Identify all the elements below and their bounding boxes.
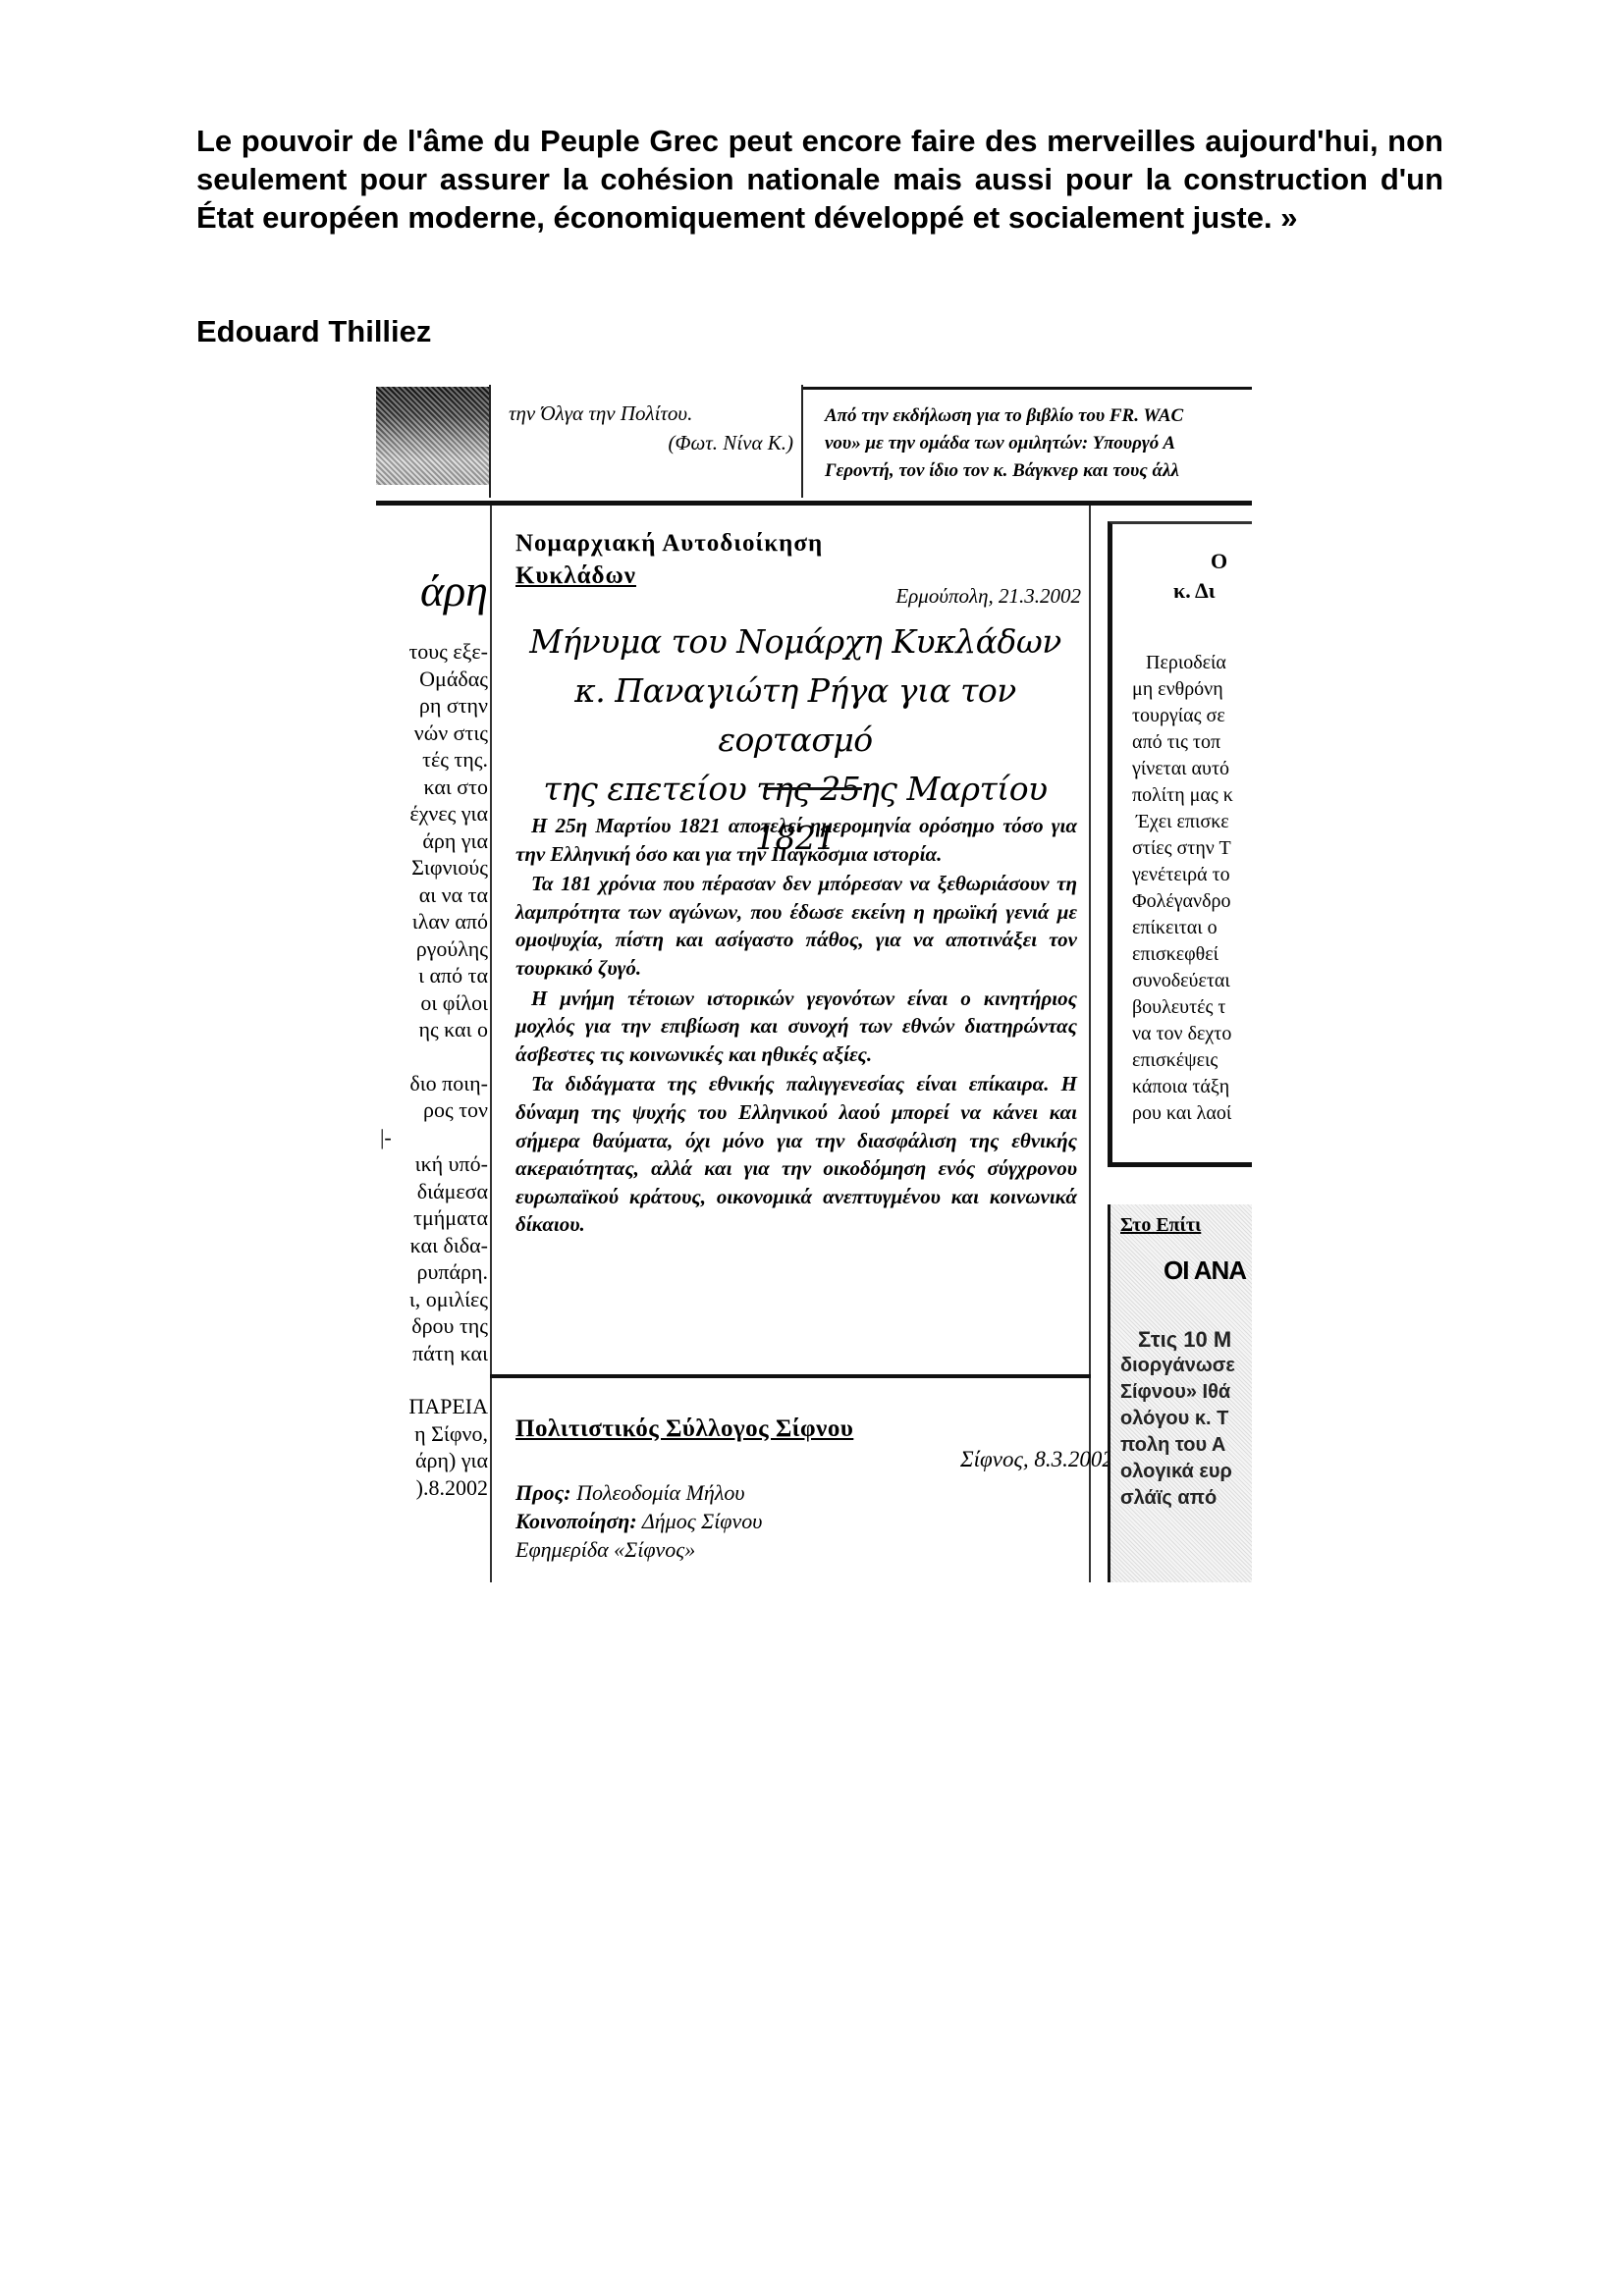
caption-line: Από την εκδήλωση για το βιβλίο του FR. W… <box>825 402 1252 430</box>
newspaper-clipping: την Όλγα την Πολίτου. (Φωτ. Νίνα Κ.) Από… <box>376 385 1252 1582</box>
text-line: νών στις <box>376 720 488 747</box>
text-line: βουλευτές τ <box>1132 994 1233 1021</box>
photo-credit: (Φωτ. Νίνα Κ.) <box>509 428 793 457</box>
text-line: Στις 10 Μ <box>1120 1326 1235 1353</box>
article-paragraph: Τα 181 χρόνια που πέρασαν δεν μπόρεσαν ν… <box>515 870 1077 982</box>
text-line: διάμεσα <box>376 1178 488 1205</box>
text-line: Ομάδας <box>376 666 488 693</box>
text-line: επίκειται ο <box>1132 915 1233 941</box>
text-line: κάποια τάξη <box>1132 1074 1233 1100</box>
letter-organization: Πολιτιστικός Σύλλογος Σίφνου <box>515 1415 853 1443</box>
text-line: Σιφνιούς <box>376 854 488 881</box>
text-line: και στο <box>376 774 488 801</box>
right-box-text: Περιοδεία μη ενθρόνη τουργίας σε από τις… <box>1132 650 1233 1127</box>
article-paragraph: Η μνήμη τέτοιων ιστορικών γεγονότων είνα… <box>515 985 1077 1069</box>
text-line: επισκέψεις <box>1132 1047 1233 1074</box>
title-line: κ. Παναγιώτη Ρήγα για τον εορτασμό <box>504 667 1087 765</box>
text-line: τμήματα <box>376 1204 488 1232</box>
letter-newspaper-line: Εφημερίδα «Σίφνος» <box>515 1535 762 1564</box>
column-divider <box>1089 506 1091 1582</box>
text-line: ι, ομιλίες <box>376 1286 488 1313</box>
photo-caption-left: την Όλγα την Πολίτου. (Φωτ. Νίνα Κ.) <box>509 399 793 457</box>
right-box-subheading: κ. Δι <box>1173 578 1216 604</box>
caption-line: την Όλγα την Πολίτου. <box>509 399 793 428</box>
column-divider <box>490 506 492 1582</box>
text-line: γίνεται αυτό <box>1132 756 1233 782</box>
article-body: Η 25η Μαρτίου 1821 αποτελεί ημερομηνία ο… <box>515 812 1077 1241</box>
text-line: συνοδεύεται <box>1132 968 1233 994</box>
title-rule <box>764 787 862 790</box>
text-line: να τον δεχτο <box>1132 1021 1233 1047</box>
text-line: Έχει επισκε <box>1132 809 1233 835</box>
article-paragraph: Τα διδάγματα της εθνικής παλιγγενεσίας ε… <box>515 1070 1077 1239</box>
text-line: ρου και λαοί <box>1132 1100 1233 1127</box>
text-line: πολίτη μας κ <box>1132 782 1233 809</box>
right-boxed-article: Ο κ. Δι Περιοδεία μη ενθρόνη τουργίας σε… <box>1108 521 1252 1167</box>
shaded-article-kicker: Στο Επίτι <box>1120 1214 1201 1237</box>
text-line: άρη) για <box>376 1447 488 1474</box>
text-line: στίες στην Τ <box>1132 835 1233 862</box>
caption-line: Γεροντή, τον ίδιο τον κ. Βάγκνερ και του… <box>825 457 1252 485</box>
article-place-date: Ερμούπολη, 21.3.2002 <box>895 584 1081 609</box>
text-line: ΠΑΡΕΙΑ <box>376 1393 488 1420</box>
text-line: δρου της <box>376 1312 488 1340</box>
text-line: πάτη και <box>376 1340 488 1367</box>
text-line: επισκεφθεί <box>1132 941 1233 968</box>
text-line: τουργίας σε <box>1132 703 1233 729</box>
text-line: ρη στην <box>376 692 488 720</box>
text-line: από τις τοπ <box>1132 729 1233 756</box>
letter-cc-line: Κοινοποίηση: Δήμος Σίφνου <box>515 1507 762 1535</box>
text-line: ρυπάρη. <box>376 1258 488 1286</box>
text-line: τές της. <box>376 746 488 774</box>
shaded-article-heading: ΟΙ ΑΝΑ <box>1164 1255 1246 1286</box>
text-line: ης και ο <box>376 1016 488 1043</box>
organization-line: Κυκλάδων <box>515 560 823 592</box>
text-line: Σίφνου» Ιθά <box>1120 1379 1235 1406</box>
right-box-heading: Ο <box>1211 549 1227 574</box>
text-line: ιλαν από <box>376 908 488 935</box>
newspaper-photo-fragment <box>376 387 489 485</box>
letter-to-line: Προς: Πολεοδομία Μήλου <box>515 1478 762 1507</box>
left-column-fragment: άρη τους εξε- Ομάδας ρη στην νών στις τέ… <box>376 561 488 1501</box>
letter-addressees: Προς: Πολεοδομία Μήλου Κοινοποίηση: Δήμο… <box>515 1478 762 1564</box>
divider <box>801 385 803 498</box>
text-line: σλάϊς από <box>1120 1485 1235 1512</box>
right-shaded-article: Στο Επίτι ΟΙ ΑΝΑ Στις 10 Μ διοργάνωσε Σί… <box>1108 1204 1252 1582</box>
text-line: οι φίλοι <box>376 989 488 1017</box>
text-line: έχνες για <box>376 800 488 828</box>
quote-author: Edouard Thilliez <box>196 312 431 350</box>
text-line: |- <box>376 1124 488 1151</box>
text-line: πολη του Α <box>1120 1432 1235 1459</box>
text-line: ολογικά ευρ <box>1120 1459 1235 1485</box>
divider <box>376 501 1252 506</box>
quote-paragraph: Le pouvoir de l'âme du Peuple Grec peut … <box>196 122 1443 237</box>
section-separator <box>490 1374 1091 1378</box>
text-line: αι να τα <box>376 881 488 909</box>
left-column-heading: άρη <box>376 561 488 620</box>
text-line: η Σίφνο, <box>376 1420 488 1448</box>
organization-line: Νομαρχιακή Αυτοδιοίκηση <box>515 527 823 560</box>
text-line: Περιοδεία <box>1132 650 1233 676</box>
photo-caption-right: Από την εκδήλωση για το βιβλίο του FR. W… <box>825 402 1252 485</box>
text-line: ρος τον <box>376 1096 488 1124</box>
text-line: τους εξε- <box>376 638 488 666</box>
divider <box>803 387 1252 390</box>
letter-place-date: Σίφνος, 8.3.2002 <box>960 1447 1113 1472</box>
caption-line: νου» με την ομάδα των ομιλητών: Υπουργό … <box>825 430 1252 457</box>
text-line: μη ενθρόνη <box>1132 676 1233 703</box>
text-line: ).8.2002 <box>376 1474 488 1502</box>
text-line: ι από τα <box>376 962 488 989</box>
text-line: Φολέγανδρο <box>1132 888 1233 915</box>
text-line: άρη για <box>376 828 488 855</box>
text-line: διο ποιη- <box>376 1070 488 1097</box>
divider <box>489 385 491 498</box>
text-line: ργούλης <box>376 935 488 963</box>
title-line: Μήνυμα του Νομάρχη Κυκλάδων <box>504 617 1087 667</box>
text-line: ολόγου κ. Τ <box>1120 1406 1235 1432</box>
article-organization: Νομαρχιακή Αυτοδιοίκηση Κυκλάδων <box>515 527 823 592</box>
shaded-article-text: Στις 10 Μ διοργάνωσε Σίφνου» Ιθά ολόγου … <box>1120 1326 1235 1512</box>
text-line: και διδα- <box>376 1232 488 1259</box>
article-paragraph: Η 25η Μαρτίου 1821 αποτελεί ημερομηνία ο… <box>515 812 1077 868</box>
text-line: γενέτειρά το <box>1132 862 1233 888</box>
text-line: ική υπό- <box>376 1150 488 1178</box>
text-line: διοργάνωσε <box>1120 1353 1235 1379</box>
